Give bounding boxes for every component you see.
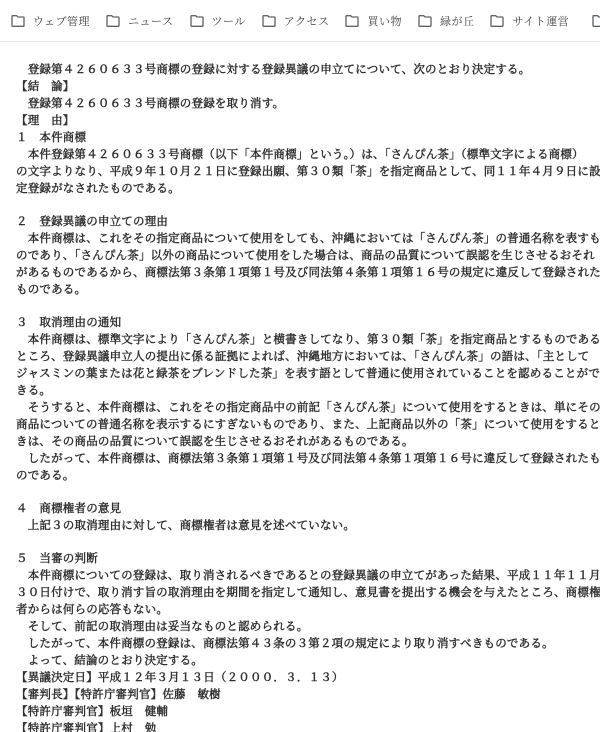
document-line: よって、結論のとおり決定する。 [16, 653, 586, 670]
bookmark-folder[interactable]: アクセス [261, 13, 330, 29]
document-line: 商品についての普通名称を表示するにすぎないものであり、また、上記商品以外の「茶」… [16, 417, 586, 434]
folder-icon [10, 13, 26, 29]
bookmark-folder-label: 緑が丘 [440, 13, 475, 29]
document-line: 本件商標についての登録は、取り消されるべきであるとの登録異議の申立てがあった結果… [16, 568, 586, 585]
folder-icon [417, 13, 433, 29]
trademark-decision-document: 登録第４２６０６３３号商標の登録に対する登録異議の申立てについて、次のとおり決定… [0, 42, 600, 732]
bookmark-folder[interactable]: 緑が丘 [417, 13, 475, 29]
document-line: があるものであるから、商標法第３条第１項第１号及び同法第４条第１項第１６号の規定… [16, 265, 586, 282]
document-line: ３０日付けで、取り消す旨の取消理由を期間を指定して通知し、意見書を提出する機会を… [16, 585, 586, 602]
document-line: ところ、登録異議申立人の提出に係る証拠によれば、沖縄地方においては、「さんぴん茶… [16, 349, 586, 366]
document-line: そして、前記の取消理由は妥当なものと認められる。 [16, 619, 586, 636]
document-line: 【審判長】【特許庁審判官】佐藤 敏樹 [16, 687, 586, 704]
bookmark-folder-label: ニュース [128, 13, 173, 29]
document-line: 【異議決定日】平成１２年３月１３日（２０００．３．１３） [16, 670, 586, 687]
document-line: 【理 由】 [16, 113, 586, 130]
document-line: 本件登録第４２６０６３３号商標（以下「本件商標」という。）は、「さんぴん茶」（標… [16, 147, 586, 164]
folder-icon [344, 13, 360, 29]
document-line: ものである。 [16, 282, 586, 299]
document-line: ２ 登録異議の申立ての理由 [16, 214, 586, 231]
document-line: したがって、本件商標の登録は、商標法第４３条の３第２項の規定により取り消すべきも… [16, 636, 586, 653]
bookmark-folder-label: 買い物 [367, 13, 402, 29]
document-line: １ 本件商標 [16, 130, 586, 147]
bookmark-folder-label: ツール [212, 13, 246, 29]
document-line: ５ 当審の判断 [16, 551, 586, 568]
document-line: ４ 商標権者の意見 [16, 501, 586, 518]
document-line: 【特許庁審判官】板垣 健輔 [16, 704, 586, 721]
document-line: そうすると、本件商標は、これをその指定商品中の前記「さんぴん茶」について使用をす… [16, 400, 586, 417]
folder-icon [105, 13, 121, 29]
bookmark-folder[interactable]: サイト運営 [489, 13, 569, 29]
bookmark-folder[interactable]: ニュース [105, 13, 173, 29]
document-line: きる。 [16, 383, 586, 400]
document-line: ３ 取消理由の通知 [16, 315, 586, 332]
document-line: したがって、本件商標は、商標法第３条第１項第１号及び同法第４条第１項第１６号に違… [16, 451, 586, 468]
folder-icon [261, 13, 277, 29]
bookmark-folder-label: サイト運営 [512, 13, 569, 29]
bookmark-folder-label: アクセス [284, 13, 330, 29]
document-line: のである。 [16, 468, 586, 485]
document-line: 上記３の取消理由に対して、商標権者は意見を述べていない。 [16, 518, 586, 535]
bookmark-folder[interactable]: ツール [189, 13, 246, 29]
document-line: きは、その商品の品質について誤認を生じさせるおそれがあるものである。 [16, 434, 586, 451]
bookmark-folder[interactable]: ウェブ管理 [10, 13, 90, 29]
document-line: のであり、「さんぴん茶」以外の商品について使用をした場合は、商品の品質について誤… [16, 248, 586, 265]
document-line: の文字よりなり、平成９年１０月２１日に登録出願、第３０類「茶」を指定商品として、… [16, 164, 586, 181]
folder-icon [489, 13, 505, 29]
document-line: 【結 論】 [16, 79, 586, 96]
bookmarks-bar: ウェブ管理 ニュース ツール [0, 0, 600, 42]
bookmark-folder[interactable]: 買い物 [344, 13, 402, 29]
document-line: ジャスミンの葉または花と緑茶をブレンドした茶」を表す語として普通に使用されている… [16, 366, 586, 383]
document-line: 定登録がなされたものである。 [16, 181, 586, 198]
document-line: 本件商標は、標準文字により「さんぴん茶」と横書きしてなり、第３０類「茶」を指定商… [16, 332, 586, 349]
folder-icon [591, 16, 600, 33]
bookmark-folder-label: ウェブ管理 [33, 13, 90, 29]
document-line: 【特許庁審判官】上村 勉 [16, 721, 586, 732]
document-line: 者からは何らの応答もない。 [16, 602, 586, 619]
document-line: 登録第４２６０６３３号商標の登録を取り消す。 [16, 96, 586, 113]
folder-icon [189, 13, 205, 29]
bookmark-folder-cutoff[interactable] [591, 13, 600, 34]
document-line: 本件商標は、これをその指定商品について使用をしても、沖縄においては「さんぴん茶」… [16, 231, 586, 248]
document-line: 登録第４２６０６３３号商標の登録に対する登録異議の申立てについて、次のとおり決定… [16, 62, 586, 79]
